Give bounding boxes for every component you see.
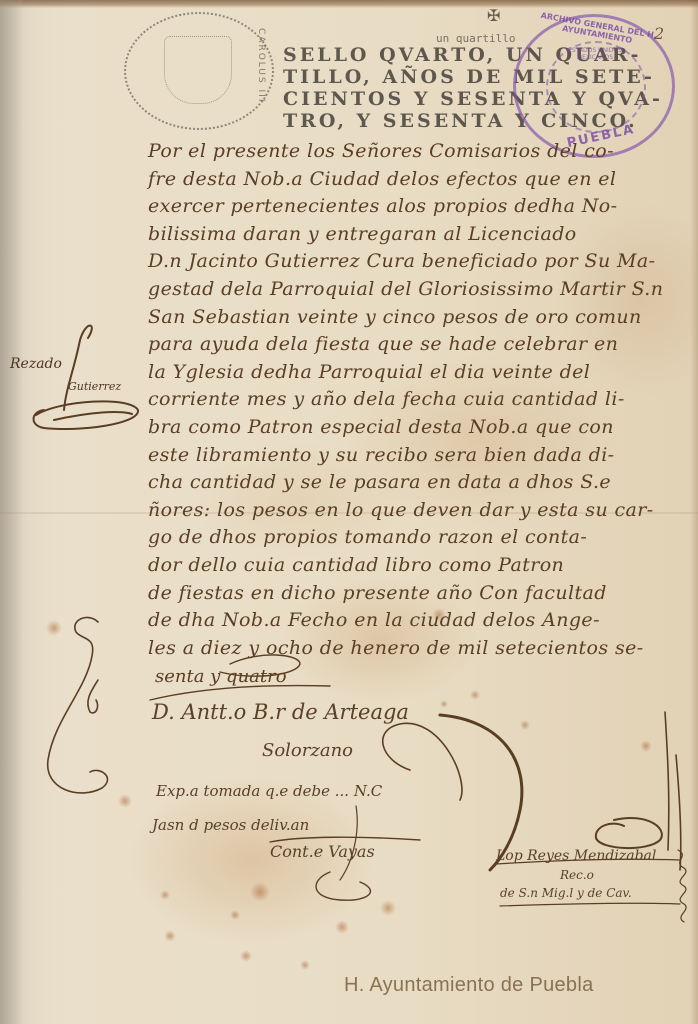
right-rubric-icon [596, 818, 662, 848]
paraph-arc-icon [440, 715, 522, 870]
margin-flourish-icon [64, 326, 92, 411]
rubric-flourishes [0, 0, 698, 1024]
manuscript-page: CAROLUS III ✠ un quartillo 2 SELLO QVART… [0, 0, 698, 1024]
archive-watermark: H. Ayuntamiento de Puebla [344, 974, 594, 997]
